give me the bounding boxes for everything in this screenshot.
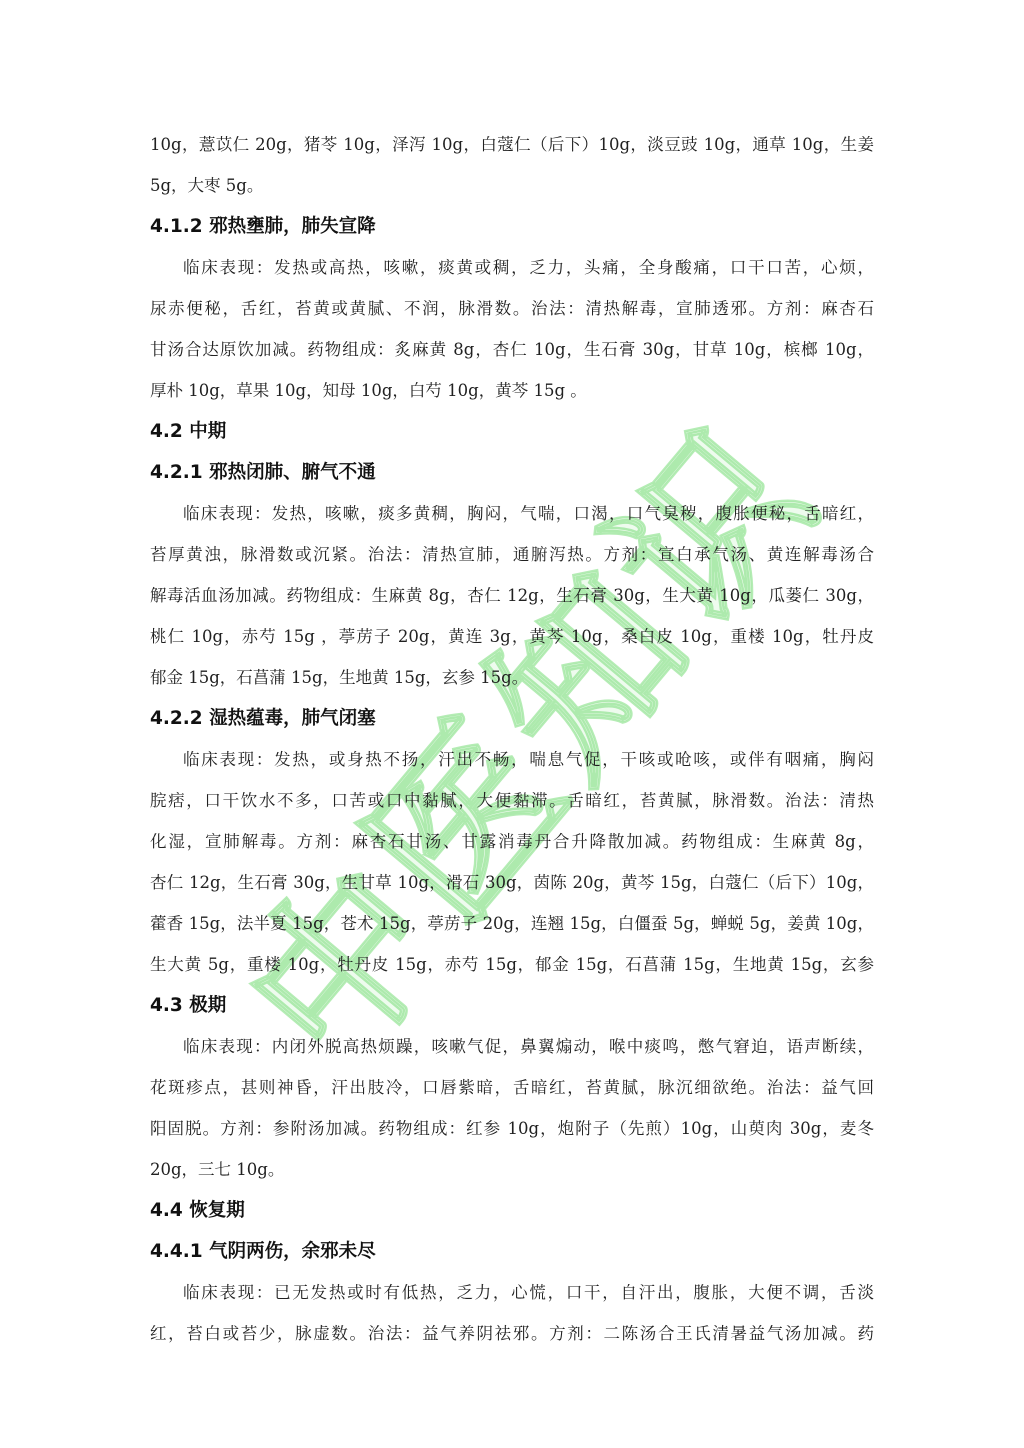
text-line: 解毒活血汤加减。药物组成：生麻黄 8g，杏仁 12g，生石膏 30g，生大黄 1… [150, 575, 874, 616]
text-line: 临床表现：发热或高热，咳嗽，痰黄或稠，乏力，头痛，全身酸痛，口干口苦，心烦， [150, 247, 874, 288]
text-line: 10g，薏苡仁 20g，猪苓 10g，泽泻 10g，白蔻仁（后下）10g，淡豆豉… [150, 124, 874, 165]
section-heading: 4.2.2 湿热蕴毒，肺气闭塞 [150, 698, 874, 739]
section-heading: 4.1.2 邪热壅肺，肺失宣降 [150, 206, 874, 247]
text-line: 20g，三七 10g。 [150, 1149, 874, 1190]
text-line: 尿赤便秘，舌红，苔黄或黄腻、不润，脉滑数。治法：清热解毒，宣肺透邪。方剂：麻杏石 [150, 288, 874, 329]
section-heading: 4.4 恢复期 [150, 1190, 874, 1231]
text-line: 化湿，宣肺解毒。方剂：麻杏石甘汤、甘露消毒丹合升降散加减。药物组成：生麻黄 8g… [150, 821, 874, 862]
text-line: 厚朴 10g，草果 10g，知母 10g，白芍 10g，黄芩 15g 。 [150, 370, 874, 411]
text-line: 临床表现：发热，或身热不扬，汗出不畅，喘息气促，干咳或呛咳，或伴有咽痛，胸闷 [150, 739, 874, 780]
text-line: 藿香 15g，法半夏 15g，苍术 15g，葶苈子 20g，连翘 15g，白僵蚕… [150, 903, 874, 944]
text-line: 脘痞，口干饮水不多，口苦或口中黏腻，大便黏滞。舌暗红，苔黄腻，脉滑数。治法：清热 [150, 780, 874, 821]
document-body: 10g，薏苡仁 20g，猪苓 10g，泽泻 10g，白蔻仁（后下）10g，淡豆豉… [150, 124, 874, 1354]
text-line: 桃仁 10g，赤芍 15g ，葶苈子 20g，黄连 3g，黄芩 10g，桑白皮 … [150, 616, 874, 657]
section-heading: 4.2.1 邪热闭肺、腑气不通 [150, 452, 874, 493]
text-line: 临床表现：发热，咳嗽，痰多黄稠，胸闷，气喘，口渴，口气臭秽，腹胀便秘，舌暗红， [150, 493, 874, 534]
text-line: 临床表现：已无发热或时有低热，乏力，心慌，口干，自汗出，腹胀，大便不调，舌淡 [150, 1272, 874, 1313]
text-line: 郁金 15g，石菖蒲 15g，生地黄 15g，玄参 15g。 [150, 657, 874, 698]
text-line: 5g，大枣 5g。 [150, 165, 874, 206]
section-heading: 4.3 极期 [150, 985, 874, 1026]
text-line: 阳固脱。方剂：参附汤加减。药物组成：红参 10g，炮附子（先煎）10g，山萸肉 … [150, 1108, 874, 1149]
section-heading: 4.2 中期 [150, 411, 874, 452]
text-line: 临床表现：内闭外脱高热烦躁，咳嗽气促，鼻翼煽动，喉中痰鸣，憋气窘迫，语声断续， [150, 1026, 874, 1067]
text-line: 杏仁 12g，生石膏 30g，生甘草 10g，滑石 30g，茵陈 20g，黄芩 … [150, 862, 874, 903]
text-line: 苔厚黄浊，脉滑数或沉紧。治法：清热宣肺，通腑泻热。方剂：宣白承气汤、黄连解毒汤合 [150, 534, 874, 575]
section-heading: 4.4.1 气阴两伤，余邪未尽 [150, 1231, 874, 1272]
text-line: 花斑疹点，甚则神昏，汗出肢冷，口唇紫暗，舌暗红，苔黄腻，脉沉细欲绝。治法：益气回 [150, 1067, 874, 1108]
text-line: 生大黄 5g，重楼 10g，牡丹皮 15g，赤芍 15g，郁金 15g，石菖蒲 … [150, 944, 874, 985]
document-page: 中医知识 10g，薏苡仁 20g，猪苓 10g，泽泻 10g，白蔻仁（后下）10… [0, 0, 1024, 1448]
text-line: 红，苔白或苔少，脉虚数。治法：益气养阴祛邪。方剂：二陈汤合王氏清暑益气汤加减。药 [150, 1313, 874, 1354]
text-line: 甘汤合达原饮加减。药物组成：炙麻黄 8g，杏仁 10g，生石膏 30g，甘草 1… [150, 329, 874, 370]
